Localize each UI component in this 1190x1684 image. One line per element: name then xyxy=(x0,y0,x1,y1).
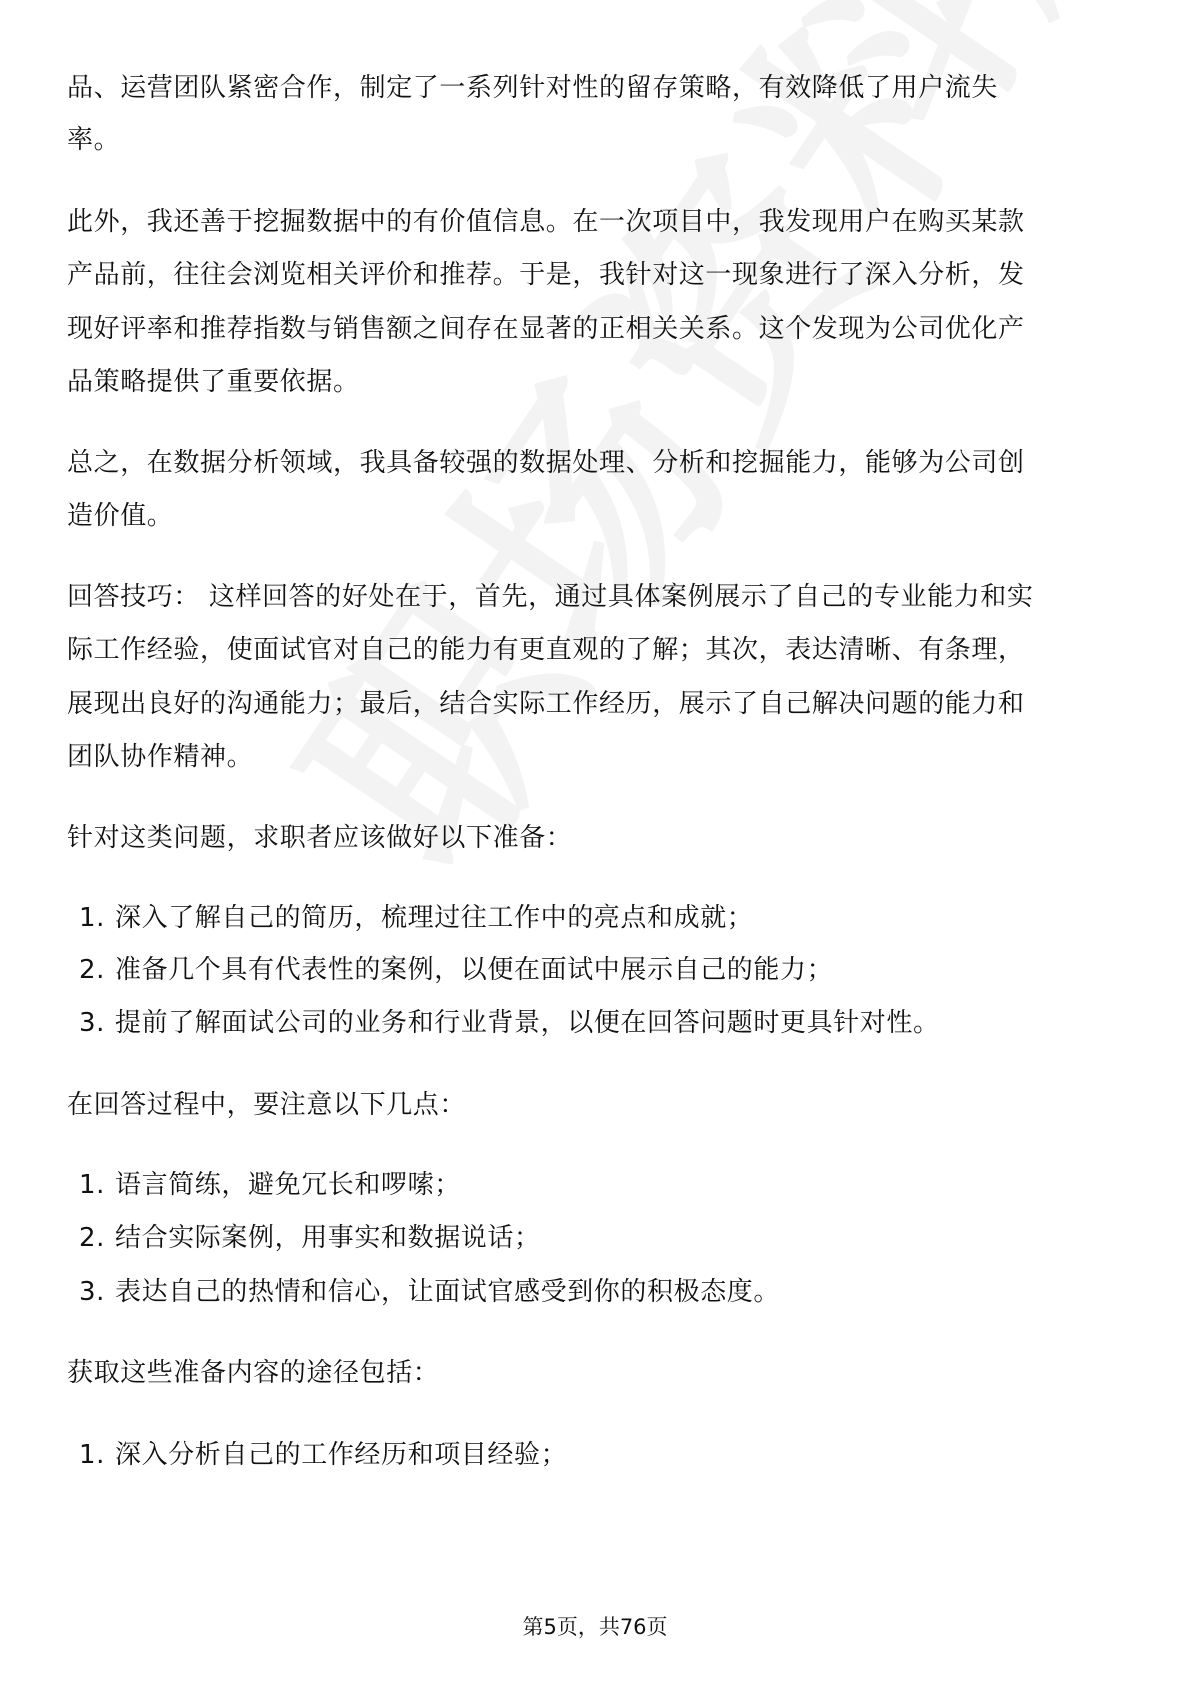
list-item: 2.准备几个具有代表性的案例，以便在面试中展示自己的能力； xyxy=(79,955,833,985)
list-text: 提前了解面试公司的业务和行业背景，以便在回答问题时更具针对性。 xyxy=(115,1008,940,1038)
section-heading: 在回答过程中，要注意以下几点： xyxy=(67,1090,466,1120)
text-line: 总之，在数据分析领域，我具备较强的数据处理、分析和挖掘能力，能够为公司创 xyxy=(67,448,1025,478)
list-item: 1.语言简练，避免冗长和啰嗦； xyxy=(79,1170,461,1200)
list-number: 2. xyxy=(79,1223,115,1253)
list-item: 2.结合实际案例，用事实和数据说话； xyxy=(79,1223,541,1253)
text-line: 此外，我还善于挖掘数据中的有价值信息。在一次项目中，我发现用户在购买某款 xyxy=(67,207,1025,237)
list-text: 语言简练，避免冗长和啰嗦； xyxy=(115,1170,461,1200)
list-number: 1. xyxy=(79,1440,115,1470)
list-item: 3.提前了解面试公司的业务和行业背景，以便在回答问题时更具针对性。 xyxy=(79,1008,940,1038)
page-number: 第5页，共76页 xyxy=(0,1613,1190,1641)
text-line: 品、运营团队紧密合作，制定了一系列针对性的留存策略，有效降低了用户流失 xyxy=(67,73,998,103)
section-heading: 针对这类问题，求职者应该做好以下准备： xyxy=(67,823,572,853)
list-item: 1.深入了解自己的简历，梳理过往工作中的亮点和成就； xyxy=(79,903,753,933)
text-line: 率。 xyxy=(67,125,120,155)
text-line: 际工作经验，使面试官对自己的能力有更直观的了解；其次，表达清晰、有条理， xyxy=(67,635,1025,665)
text-line: 品策略提供了重要依据。 xyxy=(67,367,360,397)
text-line: 团队协作精神。 xyxy=(67,742,253,772)
text-line: 回答技巧： 这样回答的好处在于，首先，通过具体案例展示了自己的专业能力和实 xyxy=(67,582,1033,612)
list-text: 深入了解自己的简历，梳理过往工作中的亮点和成就； xyxy=(115,903,753,933)
list-number: 1. xyxy=(79,1170,115,1200)
list-text: 准备几个具有代表性的案例，以便在面试中展示自己的能力； xyxy=(115,955,833,985)
text-line: 现好评率和推荐指数与销售额之间存在显著的正相关关系。这个发现为公司优化产 xyxy=(67,314,1025,344)
text-line: 展现出良好的沟通能力；最后，结合实际工作经历，展示了自己解决问题的能力和 xyxy=(67,689,1025,719)
list-number: 1. xyxy=(79,903,115,933)
list-text: 结合实际案例，用事实和数据说话； xyxy=(115,1223,541,1253)
list-number: 2. xyxy=(79,955,115,985)
list-text: 深入分析自己的工作经历和项目经验； xyxy=(115,1440,567,1470)
section-heading: 获取这些准备内容的途径包括： xyxy=(67,1358,439,1388)
list-text: 表达自己的热情和信心，让面试官感受到你的积极态度。 xyxy=(115,1277,780,1307)
list-item: 1.深入分析自己的工作经历和项目经验； xyxy=(79,1440,567,1470)
list-item: 3.表达自己的热情和信心，让面试官感受到你的积极态度。 xyxy=(79,1277,780,1307)
list-number: 3. xyxy=(79,1277,115,1307)
text-line: 造价值。 xyxy=(67,501,173,531)
list-number: 3. xyxy=(79,1008,115,1038)
text-line: 产品前，往往会浏览相关评价和推荐。于是，我针对这一现象进行了深入分析，发 xyxy=(67,260,1025,290)
